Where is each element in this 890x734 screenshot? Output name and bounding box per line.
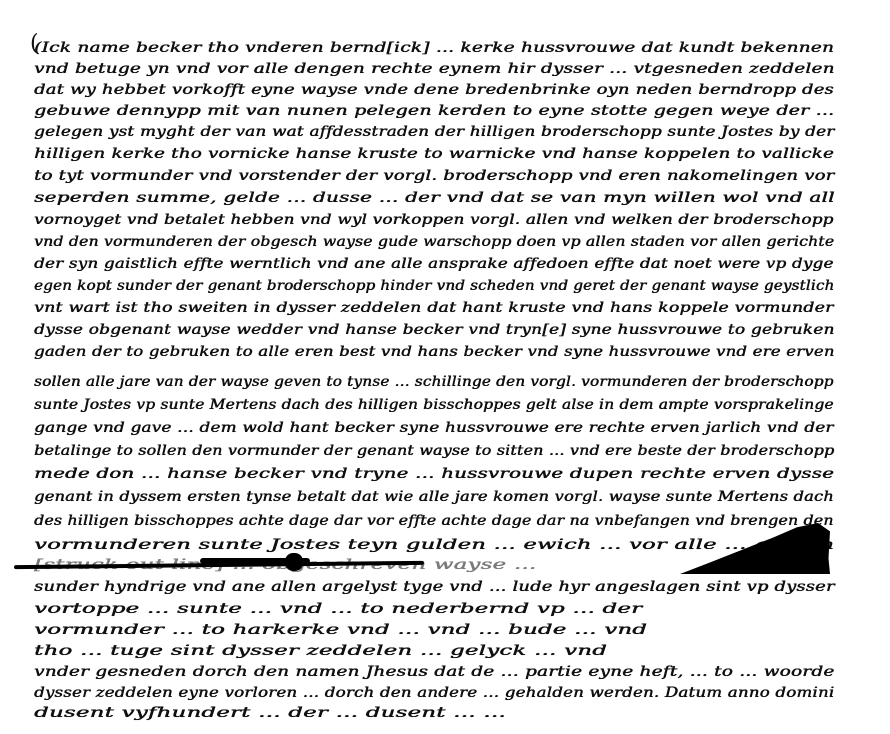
- manuscript-line: der syn gaistlich effte werntlich vnd an…: [34, 253, 833, 275]
- manuscript-line: gaden der to gebruken to alle eren best …: [34, 341, 835, 363]
- manuscript-line: genant in dyssem ersten tynse betalt dat…: [34, 486, 834, 508]
- manuscript-line: vormunderen sunte Jostes teyn gulden ...…: [34, 534, 834, 556]
- manuscript-line: vnd betuge yn vnd vor alle dengen rechte…: [34, 58, 835, 80]
- manuscript-line: sunder hyndrige vnd ane allen argelyst t…: [34, 576, 835, 598]
- manuscript-line: gebuwe dennypp mit van nunen pelegen ker…: [34, 100, 834, 122]
- manuscript-line: gange vnd gave ... dem wold hant becker …: [34, 417, 834, 439]
- manuscript-line: to tyt vormunder vnd vorstender der vorg…: [34, 165, 834, 187]
- manuscript-line: dusent vyfhundert ... der ... dusent ...…: [34, 702, 506, 724]
- manuscript-line: tho ... tuge sint dysser zeddelen ... ge…: [34, 640, 607, 662]
- manuscript-line: mede don ... hanse becker vnd tryne ... …: [34, 463, 834, 485]
- manuscript-line: dysse obgenant wayse wedder vnd hanse be…: [34, 319, 834, 341]
- manuscript-line: gelegen yst myght der van wat affdesstra…: [34, 121, 834, 143]
- manuscript-line: vnder gesneden dorch den namen Jhesus da…: [34, 661, 834, 683]
- manuscript-line: vnd den vormunderen der obgesch wayse gu…: [34, 231, 834, 253]
- manuscript-line: betalinge to sollen den vormunder der ge…: [34, 440, 834, 462]
- manuscript-line: seperden summe, gelde ... dusse ... der …: [34, 187, 835, 209]
- manuscript-line: vornoyget vnd betalet hebben vnd wyl vor…: [34, 209, 833, 231]
- manuscript-line: vortoppe ... sunte ... vnd ... to nederb…: [34, 598, 642, 620]
- manuscript-line: des hilligen bisschoppes achte dage dar …: [34, 510, 834, 532]
- manuscript-line: vormunder ... to harkerke vnd ... vnd ..…: [34, 619, 647, 641]
- manuscript-line: egen kopt sunder der genant broderschopp…: [34, 275, 834, 297]
- manuscript-line: (Ick name becker tho vnderen bernd[ick] …: [34, 37, 834, 59]
- manuscript-line: sunte Jostes vp sunte Mertens dach des h…: [34, 394, 834, 416]
- manuscript-page: ( (Ick name becker tho vnderen bernd[ick…: [0, 0, 890, 734]
- manuscript-line: dat wy hebbet vorkofft eyne wayse vnde d…: [34, 79, 834, 101]
- manuscript-line: hilligen kerke tho vornicke hanse kruste…: [34, 143, 834, 165]
- manuscript-line: dysser zeddelen eyne vorloren ... dorch …: [34, 682, 834, 704]
- manuscript-line: vnt wart ist tho sweiten in dysser zedde…: [34, 297, 833, 319]
- ink-smudge: [285, 553, 303, 571]
- manuscript-line: sollen alle jare van der wayse geven to …: [34, 371, 834, 393]
